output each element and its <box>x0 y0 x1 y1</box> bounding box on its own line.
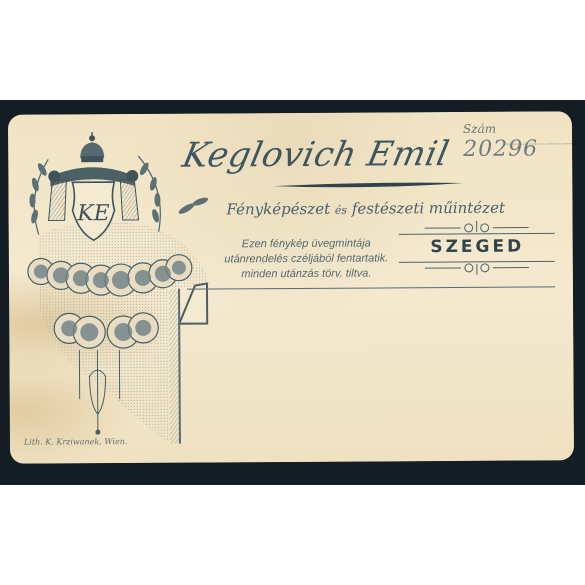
notice-line-3: minden utánzás törv. tiltva. <box>214 266 399 282</box>
svg-text:KE: KE <box>76 201 110 226</box>
subtitle-part2: festészeti műintézet <box>352 199 505 218</box>
copyright-notice: Ezen fénykép üvegmintája utánrendelés cz… <box>214 236 399 282</box>
serial-dotted-line <box>503 143 574 144</box>
photo-card: KE <box>8 111 574 463</box>
title-underline-swash <box>273 182 463 189</box>
crown-icon <box>80 132 104 162</box>
serial-number-label: Szám <box>463 122 496 136</box>
serial-number-value: 20296 <box>463 136 538 161</box>
studio-subtitle: Fényképészet és festészeti műintézet <box>226 199 505 219</box>
lithographer-credit: Lith. K. Krziwanek, Wien. <box>24 437 128 447</box>
notice-line-2: utánrendelés czéljából fentartatik. <box>214 251 399 267</box>
subtitle-part1: Fényképészet <box>226 200 330 219</box>
serial-number: Szám 20296 <box>463 117 572 162</box>
studio-name: Keglovich Emil <box>179 134 453 176</box>
city-name: SZEGED <box>395 236 560 257</box>
notice-line-1: Ezen fénykép üvegmintája <box>214 236 399 252</box>
city-cartouche: SZEGED <box>395 219 560 276</box>
subtitle-conjunction: és <box>335 204 347 217</box>
